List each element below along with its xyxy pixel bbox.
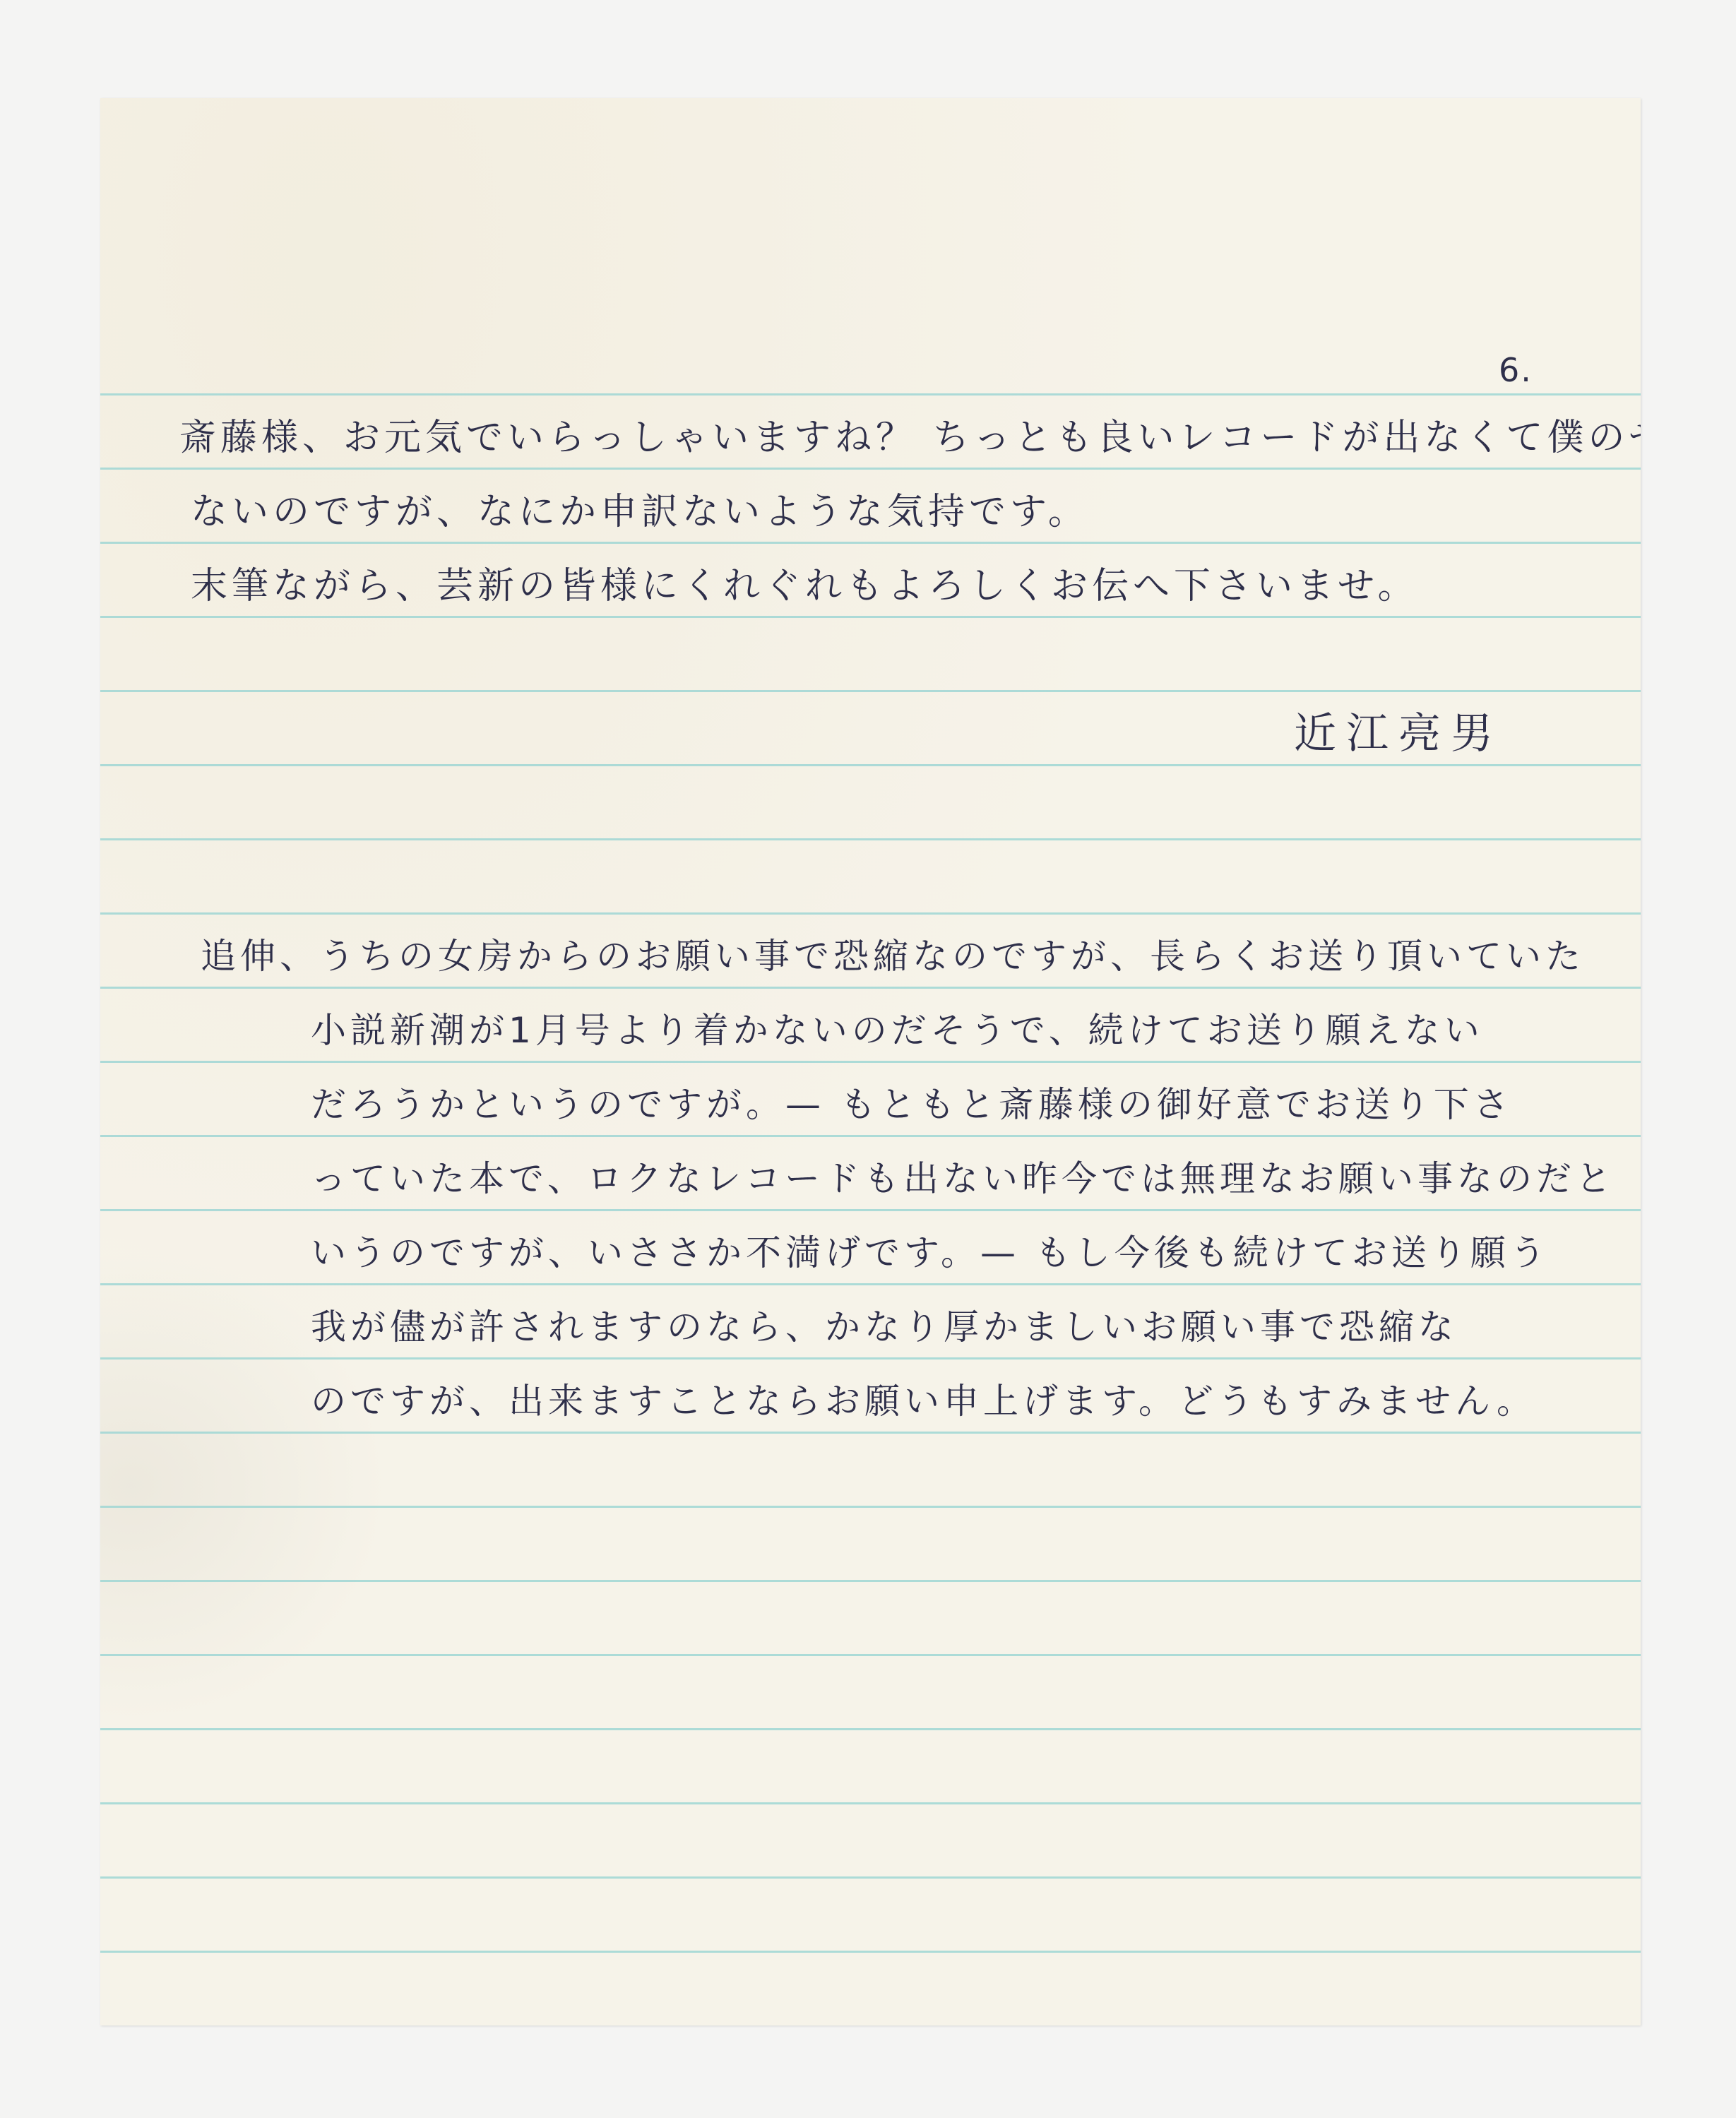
postscript-line-6: 我が儘が許されますのなら、かなり厚かましいお願い事で恐縮な [311,1309,1458,1345]
ruled-line [100,1654,1641,1656]
ruled-line [100,1802,1641,1804]
page-number: 6. [1499,354,1533,386]
postscript-line-2: 小説新潮が1月号より着かないのだそうで、続けてお送り願えない [311,1013,1484,1048]
ruled-line [100,542,1641,544]
ruled-line [100,1876,1641,1879]
letter-page: 6. 斎藤様、お元気でいらっしゃいますね？ ちっとも良いレコードが出なくて僕のせ… [100,98,1641,2025]
body-line-1: 斎藤様、お元気でいらっしゃいますね？ ちっとも良いレコードが出なくて僕のせいでは [179,420,1641,456]
signature: 近江亮男 [1294,713,1503,755]
ruled-line [100,1580,1641,1582]
ruled-line [100,987,1641,989]
postscript-line-4: っていた本で、ロクなレコードも出ない昨今では無理なお願い事なのだと [311,1161,1615,1196]
ruled-line [100,1135,1641,1137]
ruled-line [100,764,1641,766]
ruled-line [100,690,1641,692]
ruled-line [100,912,1641,915]
ruled-line [100,1432,1641,1434]
ruled-line [100,1283,1641,1285]
body-line-3: 末筆ながら、芸新の皆様にくれぐれもよろしくお伝へ下さいませ。 [191,568,1418,605]
ruled-line [100,1357,1641,1360]
postscript-line-7: のですが、出来ますことならお願い申上げます。どうもすみません。 [311,1384,1536,1419]
ruled-line [100,838,1641,840]
ruled-line [100,1061,1641,1063]
ruled-line [100,468,1641,470]
postscript-line-5: いうのですが、いささか不満げです。— もし今後も続けてお送り願う [311,1235,1550,1271]
ruled-line [100,616,1641,618]
postscript-line-1: 追伸、うちの女房からのお願い事で恐縮なのですが、長らくお送り頂いていた [201,939,1585,974]
body-line-2: ないのですが、なにか申訳ないような気持です。 [191,494,1089,530]
ruled-line [100,393,1641,395]
ruled-line [100,1506,1641,1508]
ruled-line [100,1951,1641,1953]
postscript-line-3: だろうかというのですが。— もともと斎藤様の御好意でお送り下さ [311,1087,1513,1122]
ruled-line [100,1209,1641,1211]
ruled-line [100,1728,1641,1730]
